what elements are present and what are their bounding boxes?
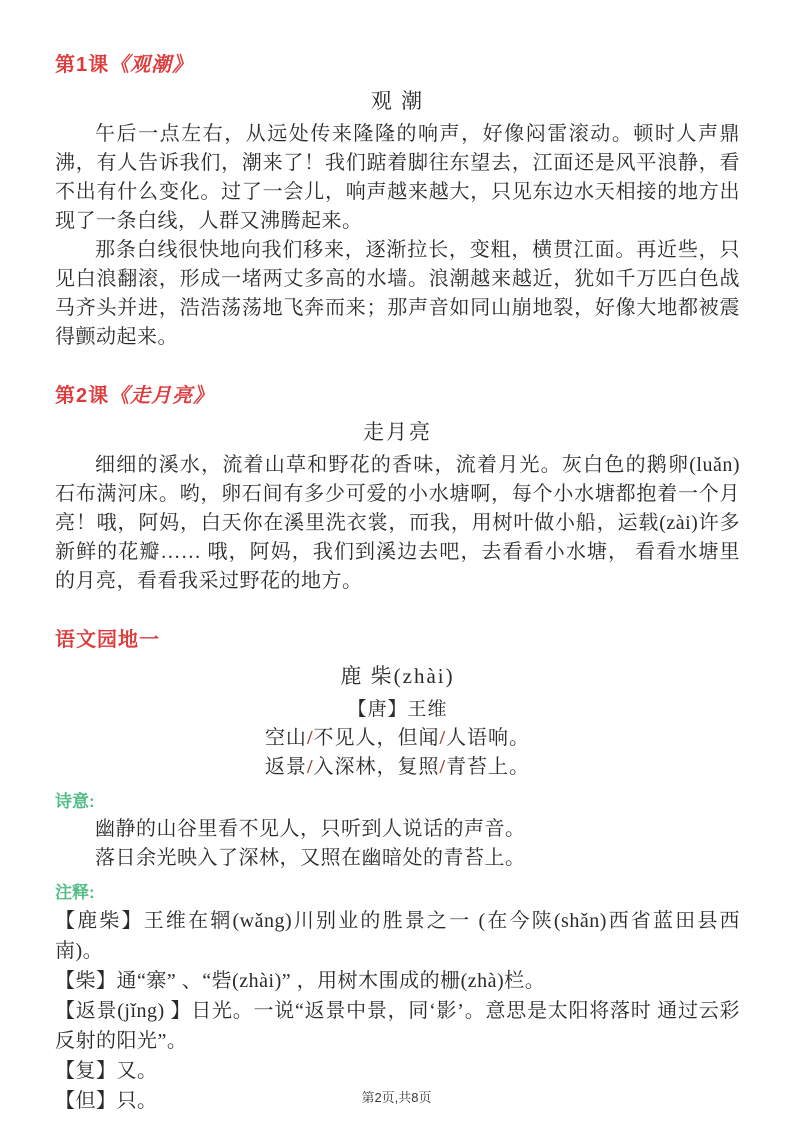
poem-meaning-label: 诗意: [55,791,740,813]
annotation-item-3: 【返景(jǐng) 】日光。一说“返景中景，同‘影’。意思是太阳将落时 通过云彩… [55,996,740,1056]
poem-text: 空山 [265,727,307,749]
lesson-2-paragraph-1: 细细的溪水，流着山草和野花的香味，流着月光。灰白色的鹅卵(luǎn)石布满河床。… [55,451,740,596]
annotation-item-2: 【柴】通“寨” 、“砦(zhài)” ，用树木围成的栅(zhà)栏。 [55,966,740,996]
lesson-1-text-title: 观 潮 [55,87,740,115]
lesson-1-heading-book-title: 《观潮》 [109,54,193,76]
annotation-item-4: 【复】又。 [55,1056,740,1086]
page-content: 第1课《观潮》 观 潮 午后一点左右，从远处传来隆隆的响声，好像闷雷滚动。顿时人… [0,0,793,1116]
document-page: 第1课《观潮》 观 潮 午后一点左右，从远处传来隆隆的响声，好像闷雷滚动。顿时人… [0,0,793,1122]
page-number-indicator: 第2页,共8页 [0,1087,793,1106]
lesson-1-heading: 第1课《观潮》 [55,52,740,78]
garden-heading: 语文园地一 [55,627,740,653]
garden-section: 语文园地一 鹿 柴(zhài) 【唐】王维 空山/不见人，但闻/人语响。 返景/… [55,627,740,1116]
poem-text: 入深林，复照 [314,756,440,778]
lesson-2-heading: 第2课《走月亮》 [55,383,740,409]
lesson-1-heading-prefix: 第1课 [55,54,109,76]
lesson-2-heading-prefix: 第2课 [55,385,109,407]
poem-line-1: 空山/不见人，但闻/人语响。 [55,724,740,753]
poem-meaning-line-2: 落日余光映入了深林，又照在幽暗处的青苔上。 [55,844,740,873]
poem-title: 鹿 柴(zhài) [55,662,740,690]
poem-meaning-line-1: 幽静的山谷里看不见人，只听到人说话的声音。 [55,815,740,844]
lesson-2-text-title: 走月亮 [55,418,740,446]
lesson-2-heading-book-title: 《走月亮》 [109,385,214,407]
annotations-label: 注释: [55,882,740,904]
poem-text: 人语响。 [446,727,530,749]
lesson-2-section: 第2课《走月亮》 走月亮 细细的溪水，流着山草和野花的香味，流着月光。灰白色的鹅… [55,383,740,596]
lesson-1-section: 第1课《观潮》 观 潮 午后一点左右，从远处传来隆隆的响声，好像闷雷滚动。顿时人… [55,52,740,352]
poem-author: 【唐】王维 [55,695,740,724]
annotation-item-1: 【鹿柴】王维在辋(wǎng)川别业的胜景之一 (在今陕(shǎn)西省蓝田县西南… [55,906,740,966]
lesson-1-paragraph-1: 午后一点左右，从远处传来隆隆的响声，好像闷雷滚动。顿时人声鼎沸，有人告诉我们，潮… [55,120,740,236]
poem-text: 不见人，但闻 [314,727,440,749]
poem-line-2: 返景/入深林，复照/青苔上。 [55,753,740,782]
lesson-1-paragraph-2: 那条白线很快地向我们移来，逐渐拉长，变粗，横贯江面。再近些，只见白浪翻滚，形成一… [55,236,740,352]
poem-text: 青苔上。 [446,756,530,778]
poem-text: 返景 [265,756,307,778]
